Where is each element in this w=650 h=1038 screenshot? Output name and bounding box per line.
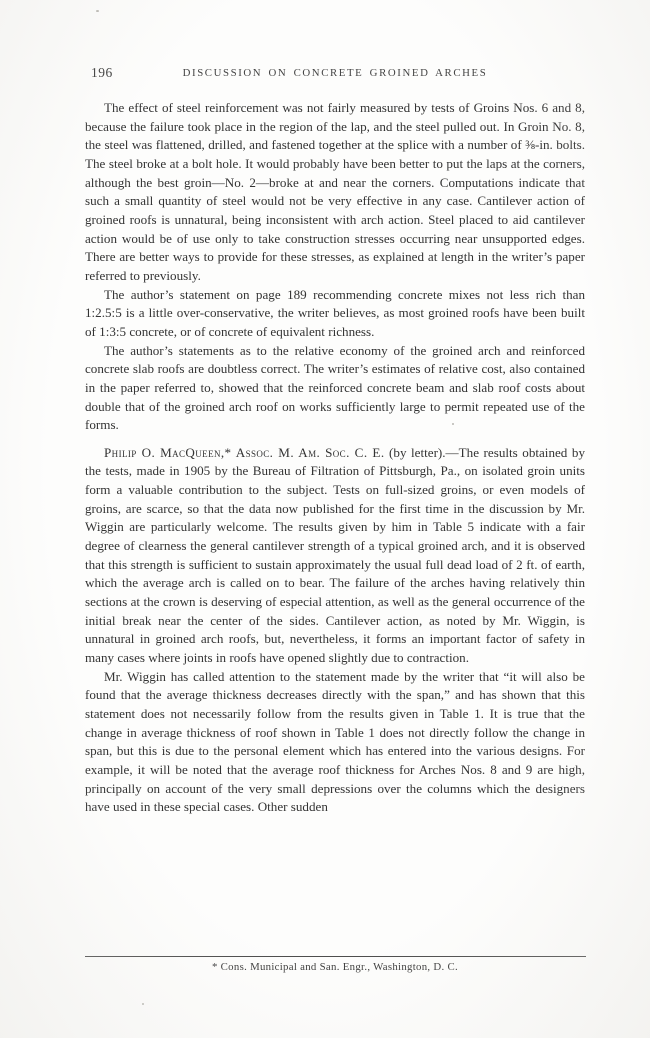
- paragraph-macqueen-discussion: Philip O. MacQueen,* Assoc. M. Am. Soc. …: [85, 444, 585, 668]
- page-number: 196: [91, 65, 113, 81]
- body-text-block: The effect of steel reinforcement was no…: [85, 99, 585, 817]
- running-head-title: DISCUSSION ON CONCRETE GROINED ARCHES: [85, 65, 585, 79]
- scan-speck: [142, 1003, 144, 1005]
- paragraph-macqueen-body: (by letter).—The results obtained by the…: [85, 445, 585, 665]
- paragraph-relative-economy: The author’s statements as to the relati…: [85, 342, 585, 435]
- footnote-separator-rule: [85, 956, 586, 957]
- scanned-book-page: 196 DISCUSSION ON CONCRETE GROINED ARCHE…: [0, 0, 650, 1038]
- paragraph-concrete-mixes: The author’s statement on page 189 recom…: [85, 286, 585, 342]
- running-header: 196 DISCUSSION ON CONCRETE GROINED ARCHE…: [85, 65, 585, 83]
- paragraph-wiggin-statement: Mr. Wiggin has called attention to the s…: [85, 668, 585, 817]
- speaker-name: Philip O. MacQueen,* Assoc. M. Am. Soc. …: [104, 445, 385, 460]
- scan-speck: [96, 10, 99, 12]
- footnote: * Cons. Municipal and San. Engr., Washin…: [85, 961, 585, 973]
- paragraph-steel-reinforcement: The effect of steel reinforcement was no…: [85, 99, 585, 286]
